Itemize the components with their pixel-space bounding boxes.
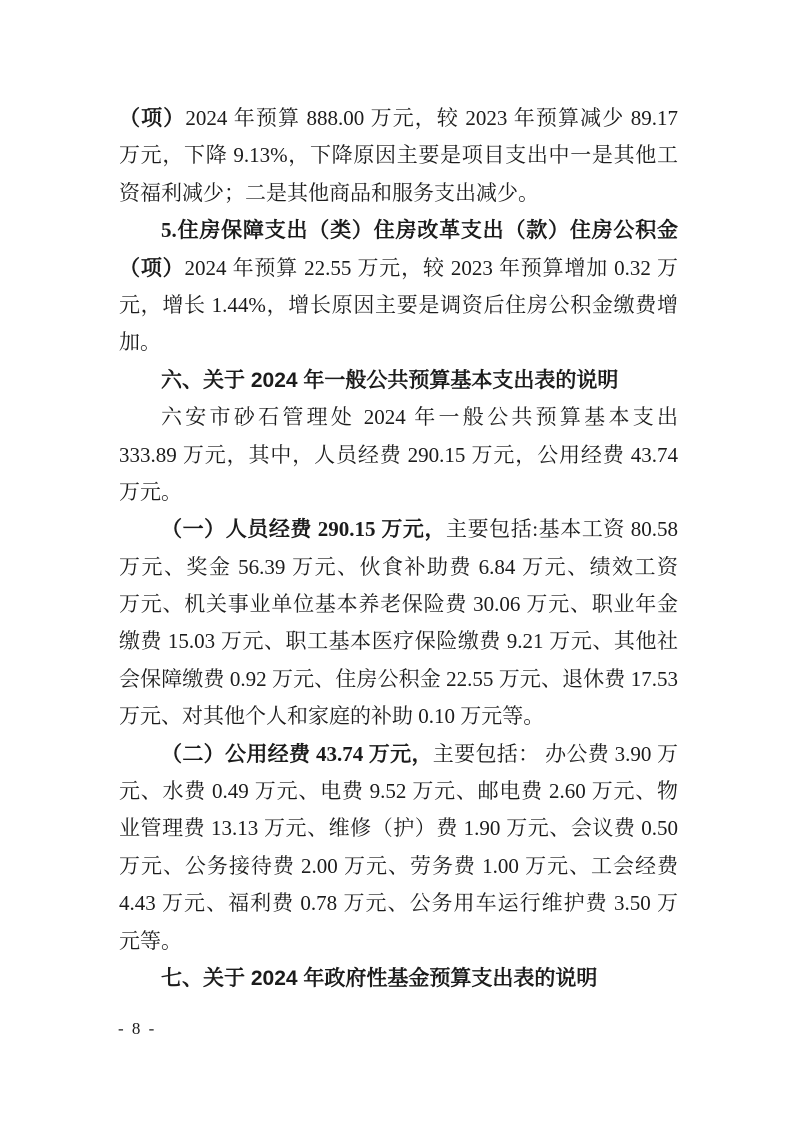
text-line: （一）人员经费 290.15 万元，主要包括:基本工资 80.58 [119, 511, 678, 548]
text-segment: 元，增长 1.44%，增长原因主要是调资后住房公积金缴费增 [119, 293, 678, 317]
text-block: （项）2024 年预算 888.00 万元，较 2023 年预算减少 89.17… [119, 100, 678, 997]
text-segment: 万元、机关事业单位基本养老保险费 30.06 万元、职业年金 [119, 592, 678, 616]
text-segment: 万元，下降 9.13%，下降原因主要是项目支出中一是其他工 [119, 143, 678, 167]
text-line: 业管理费 13.13 万元、维修（护）费 1.90 万元、会议费 0.50 [119, 810, 678, 847]
text-line: （项）2024 年预算 22.55 万元，较 2023 年预算增加 0.32 万 [119, 250, 678, 287]
text-segment: 万元、奖金 56.39 万元、伙食补助费 6.84 万元、绩效工资 50.94 [119, 555, 678, 586]
text-line: 万元、对其他个人和家庭的补助 0.10 万元等。 [119, 698, 678, 735]
text-segment: 万元、公务接待费 2.00 万元、劳务费 1.00 万元、工会经费 [119, 854, 678, 878]
text-line: 万元。 [119, 474, 678, 511]
text-segment: 主要包括： 办公费 3.90 万 [433, 742, 678, 766]
text-segment: 会保障缴费 0.92 万元、住房公积金 22.55 万元、退休费 17.53 [119, 667, 678, 691]
text-segment: （一）人员经费 290.15 万元， [161, 517, 446, 541]
text-line: 5.住房保障支出（类）住房改革支出（款）住房公积金 [119, 212, 678, 249]
text-line: 元、水费 0.49 万元、电费 9.52 万元、邮电费 2.60 万元、物 [119, 773, 678, 810]
text-line: 万元，下降 9.13%，下降原因主要是项目支出中一是其他工 [119, 137, 678, 174]
text-line: 万元、奖金 56.39 万元、伙食补助费 6.84 万元、绩效工资 50.94 [119, 549, 678, 586]
text-line: 元，增长 1.44%，增长原因主要是调资后住房公积金缴费增 [119, 287, 678, 324]
section-heading: 七、关于 2024 年政府性基金预算支出表的说明 [119, 960, 678, 997]
text-segment: 元等。 [119, 929, 182, 953]
text-segment: （二）公用经费 43.74 万元， [161, 742, 433, 766]
text-line: 万元、机关事业单位基本养老保险费 30.06 万元、职业年金 [119, 586, 678, 623]
section-heading: 六、关于 2024 年一般公共预算基本支出表的说明 [119, 362, 678, 399]
text-line: 加。 [119, 324, 678, 361]
text-segment: 资福利减少；二是其他商品和服务支出减少。 [119, 181, 539, 205]
text-segment: 加。 [119, 330, 161, 354]
text-segment: （项） [119, 256, 185, 280]
text-line: 万元、公务接待费 2.00 万元、劳务费 1.00 万元、工会经费 [119, 848, 678, 885]
text-line: 资福利减少；二是其他商品和服务支出减少。 [119, 175, 678, 212]
text-line: 会保障缴费 0.92 万元、住房公积金 22.55 万元、退休费 17.53 [119, 661, 678, 698]
text-segment: 元、水费 0.49 万元、电费 9.52 万元、邮电费 2.60 万元、物 [119, 779, 678, 803]
text-segment: 万元、对其他个人和家庭的补助 0.10 万元等。 [119, 704, 544, 728]
document-page: （项）2024 年预算 888.00 万元，较 2023 年预算减少 89.17… [0, 0, 793, 1122]
text-line: 333.89 万元，其中，人员经费 290.15 万元，公用经费 43.74 [119, 437, 678, 474]
text-segment: 5.住房保障支出（类）住房改革支出（款）住房公积金 [161, 218, 678, 242]
text-segment: 2024 年预算 22.55 万元，较 2023 年预算增加 0.32 万 [185, 256, 679, 280]
text-segment: 333.89 万元，其中，人员经费 290.15 万元，公用经费 43.74 [119, 443, 678, 467]
page-number: - 8 - [118, 1019, 156, 1038]
text-line: 缴费 15.03 万元、职工基本医疗保险缴费 9.21 万元、其他社 [119, 623, 678, 660]
text-line: 4.43 万元、福利费 0.78 万元、公务用车运行维护费 3.50 万 [119, 885, 678, 922]
text-line: （二）公用经费 43.74 万元，主要包括： 办公费 3.90 万 [119, 736, 678, 773]
text-line: 六安市砂石管理处 2024 年一般公共预算基本支出 [119, 399, 678, 436]
text-segment: 六、关于 2024 年一般公共预算基本支出表的说明 [161, 369, 618, 392]
text-segment: 业管理费 13.13 万元、维修（护）费 1.90 万元、会议费 0.50 [119, 816, 678, 840]
text-segment: 万元。 [119, 480, 182, 504]
page-footer: - 8 - [118, 1017, 156, 1041]
text-segment: 2024 年预算 888.00 万元，较 2023 年预算减少 89.17 [185, 106, 678, 130]
text-segment: （项） [119, 106, 185, 130]
text-line: （项）2024 年预算 888.00 万元，较 2023 年预算减少 89.17 [119, 100, 678, 137]
text-segment: 七、关于 2024 年政府性基金预算支出表的说明 [161, 967, 597, 990]
text-segment: 六安市砂石管理处 2024 年一般公共预算基本支出 [161, 405, 678, 429]
text-segment: 主要包括:基本工资 80.58 [446, 517, 678, 541]
text-segment: 4.43 万元、福利费 0.78 万元、公务用车运行维护费 3.50 万 [119, 891, 678, 915]
text-line: 元等。 [119, 923, 678, 960]
text-segment: 缴费 15.03 万元、职工基本医疗保险缴费 9.21 万元、其他社 [119, 629, 678, 653]
